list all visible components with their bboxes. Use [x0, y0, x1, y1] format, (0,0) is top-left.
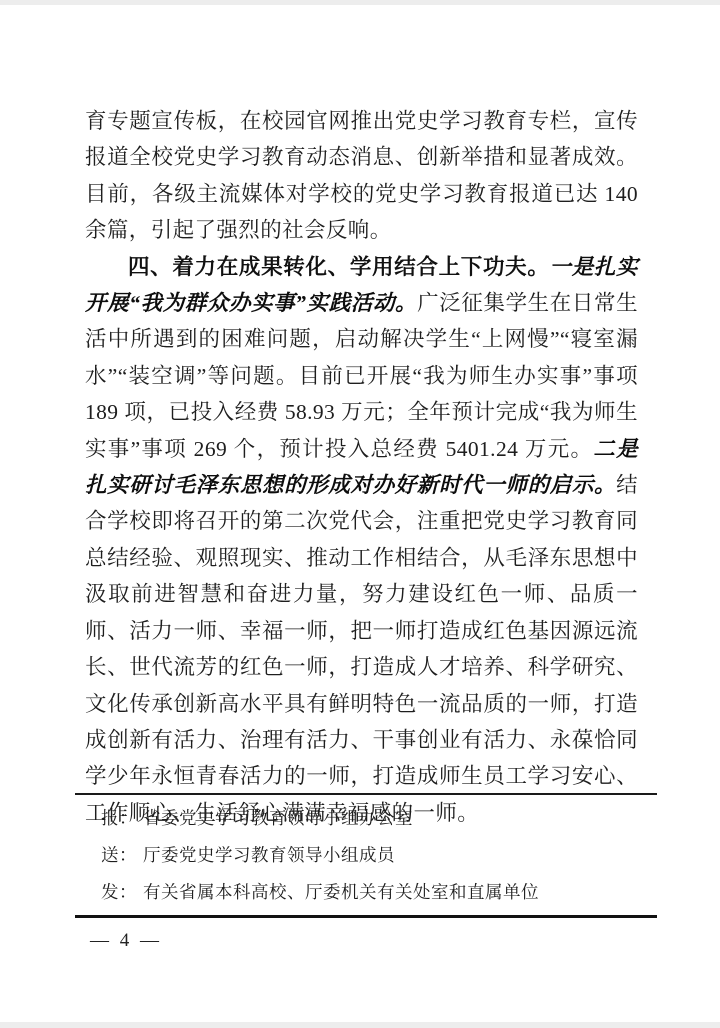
text-run-normal: 结合学校即将召开的第二次党代会，注重把党史学习教育同总结经验、观照现实、推动工作… — [85, 473, 638, 825]
distribution-row-send: 送：厅委党史学习教育领导小组成员 — [75, 837, 657, 874]
text-run-normal: 广泛征集学生在日常生活中所遇到的困难问题，启动解决学生“上网慢”“寝室漏水”“装… — [85, 291, 638, 461]
distribution-label-report: 报： — [101, 808, 137, 828]
distribution-label-send: 送： — [101, 845, 137, 865]
text-run-normal: 育专题宣传板，在校园官网推出党史学习教育专栏，宣传报道全校党史学习教育动态消息、… — [85, 109, 638, 242]
page-number: — 4 — — [90, 930, 162, 952]
document-body: 育专题宣传板，在校园官网推出党史学习教育专栏，宣传报道全校党史学习教育动态消息、… — [85, 103, 638, 831]
distribution-text-issue: 有关省属本科高校、厅委机关有关处室和直属单位 — [143, 882, 539, 902]
distribution-block: 报：省委党史学习教育领导小组办公室 送：厅委党史学习教育领导小组成员 发：有关省… — [75, 793, 657, 918]
distribution-row-issue: 发：有关省属本科高校、厅委机关有关处室和直属单位 — [75, 874, 657, 911]
distribution-text-report: 省委党史学习教育领导小组办公室 — [143, 808, 413, 828]
distribution-row-report: 报：省委党史学习教育领导小组办公室 — [75, 800, 657, 837]
scan-edge-bottom — [0, 1022, 720, 1028]
text-run-bold-hei: 四、着力在成果转化、学用结合上下功夫。 — [128, 255, 550, 279]
paragraph: 育专题宣传板，在校园官网推出党史学习教育专栏，宣传报道全校党史学习教育动态消息、… — [85, 103, 638, 249]
scan-edge-top — [0, 0, 720, 5]
distribution-label-issue: 发： — [101, 882, 137, 902]
distribution-text-send: 厅委党史学习教育领导小组成员 — [143, 845, 395, 865]
paragraph: 四、着力在成果转化、学用结合上下功夫。一是扎实开展“我为群众办实事”实践活动。广… — [85, 249, 638, 832]
